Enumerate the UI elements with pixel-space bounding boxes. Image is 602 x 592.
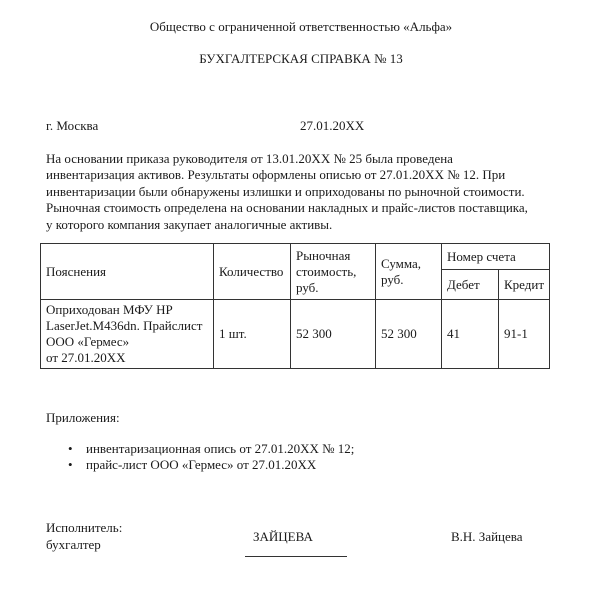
cell-debit: 41: [442, 300, 499, 369]
list-item: • прайс-лист ООО «Гермес» от 27.01.20XX: [68, 457, 354, 473]
header-quantity: Количество: [214, 244, 291, 300]
list-item: • инвентаризационная опись от 27.01.20XX…: [68, 441, 354, 457]
header-amount: Сумма, руб.: [376, 244, 442, 300]
body-paragraph: На основании приказа руководителя от 13.…: [46, 151, 586, 233]
header-line: Рыночная: [296, 248, 370, 264]
table-row: Оприходован МФУ HP LaserJet.M436dn. Прай…: [41, 300, 550, 369]
paragraph-line: у которого компания закупает аналогичные…: [46, 217, 586, 233]
header-account-number: Номер счета: [442, 244, 550, 270]
header-market-value: Рыночная стоимость, руб.: [291, 244, 376, 300]
signature-line: [245, 556, 347, 557]
paragraph-line: На основании приказа руководителя от 13.…: [46, 151, 586, 167]
cell-credit: 91-1: [499, 300, 550, 369]
cell-market-value: 52 300: [291, 300, 376, 369]
header-line: Сумма,: [381, 256, 436, 272]
appendix-text: прайс-лист ООО «Гермес» от 27.01.20XX: [86, 457, 316, 472]
document-title: БУХГАЛТЕРСКАЯ СПРАВКА № 13: [0, 51, 602, 67]
appendix-text: инвентаризационная опись от 27.01.20XX №…: [86, 441, 354, 456]
paragraph-line: Рыночная стоимость определена на основан…: [46, 200, 586, 216]
header-debit: Дебет: [442, 270, 499, 300]
accounting-table: Пояснения Количество Рыночная стоимость,…: [40, 243, 550, 369]
executor-position: бухгалтер: [46, 537, 101, 553]
bullet-icon: •: [68, 441, 73, 457]
header-credit: Кредит: [499, 270, 550, 300]
paragraph-line: инвентаризация активов. Результаты оформ…: [46, 167, 586, 183]
document-date: 27.01.20XX: [300, 118, 364, 134]
cell-quantity: 1 шт.: [214, 300, 291, 369]
cell-line: LaserJet.M436dn. Прайслист: [46, 318, 208, 334]
executor-full-name: В.Н. Зайцева: [451, 529, 523, 545]
bullet-icon: •: [68, 457, 73, 473]
header-line: руб.: [296, 280, 370, 296]
signature: ЗАЙЦЕВА: [253, 529, 313, 545]
cell-explanation: Оприходован МФУ HP LaserJet.M436dn. Прай…: [41, 300, 214, 369]
appendices-label: Приложения:: [46, 410, 120, 426]
header-line: руб.: [381, 272, 436, 288]
cell-line: от 27.01.20XX: [46, 350, 208, 366]
header-line: стоимость,: [296, 264, 370, 280]
cell-line: ООО «Гермес»: [46, 334, 208, 350]
organization-name: Общество с ограниченной ответственностью…: [0, 19, 602, 35]
appendices-list: • инвентаризационная опись от 27.01.20XX…: [68, 441, 354, 473]
city: г. Москва: [46, 118, 98, 134]
cell-line: Оприходован МФУ HP: [46, 302, 208, 318]
table-header-row: Пояснения Количество Рыночная стоимость,…: [41, 244, 550, 270]
paragraph-line: инвентаризации были обнаружены излишки и…: [46, 184, 586, 200]
cell-amount: 52 300: [376, 300, 442, 369]
executor-label: Исполнитель:: [46, 520, 122, 536]
header-explanation: Пояснения: [41, 244, 214, 300]
